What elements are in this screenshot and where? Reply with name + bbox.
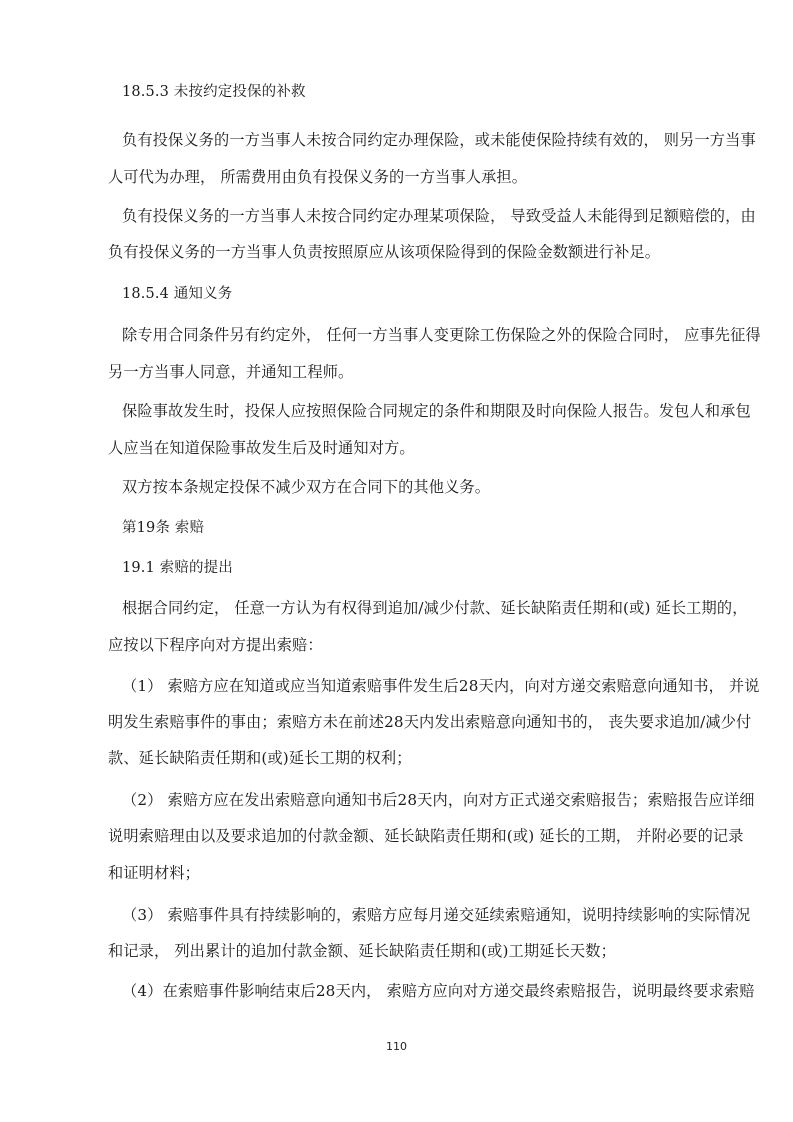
paragraph-line: 负有投保义务的一方当事人未按合同约定办理保险，或未能使保险持续有效的， 则另一方… xyxy=(122,130,718,150)
paragraph-line: 人应当在知道保险事故发生后及时通知对方。 xyxy=(108,438,415,458)
paragraph-line: 根据合同约定， 任意一方认为有权得到追加/减少付款、延长缺陷责任期和(或) 延长… xyxy=(122,598,718,618)
paragraph-line: 应按以下程序向对方提出索赔： xyxy=(108,635,323,655)
paragraph-line: 人可代为办理， 所需费用由负有投保义务的一方当事人承担。 xyxy=(108,167,527,187)
list-item-4-line: （4）在索赔事件影响结束后28天内， 索赔方应向对方递交最终索赔报告，说明最终要… xyxy=(122,981,718,1001)
list-item-1-line: 款、延长缺陷责任期和(或)延长工期的权利； xyxy=(108,748,412,768)
list-item-2-line: 说明索赔理由以及要求追加的付款金额、延长缺陷责任期和(或) 延长的工期， 并附必… xyxy=(108,826,718,846)
list-item-2-line: 和证明材料； xyxy=(108,863,200,883)
list-item-3-line: 和记录， 列出累计的追加付款金额、延长缺陷责任期和(或)工期延长天数； xyxy=(108,941,616,961)
section-heading-18-5-3: 18.5.3 未按约定投保的补救 xyxy=(122,82,306,102)
paragraph-line: 双方按本条规定投保不减少双方在合同下的其他义务。 xyxy=(122,477,490,497)
paragraph-line: 保险事故发生时，投保人应按照保险合同规定的条件和期限及时向保险人报告。发包人和承… xyxy=(122,401,718,421)
list-item-1-line: （1） 索赔方应在知道或应当知道索赔事件发生后28天内，向对方递交索赔意向通知书… xyxy=(122,676,718,696)
section-heading-18-5-4: 18.5.4 通知义务 xyxy=(122,284,232,304)
page-number: 110 xyxy=(0,1040,793,1053)
list-item-2-line: （2） 索赔方应在发出索赔意向通知书后28天内，向对方正式递交索赔报告；索赔报告… xyxy=(122,790,718,810)
article-heading-19: 第19条 索赔 xyxy=(122,518,204,538)
list-item-3-line: （3） 索赔事件具有持续影响的，索赔方应每月递交延续索赔通知，说明持续影响的实际… xyxy=(122,905,718,925)
paragraph-line: 除专用合同条件另有约定外， 任何一方当事人变更除工伤保险之外的保险合同时， 应事… xyxy=(122,325,718,345)
paragraph-line: 负有投保义务的一方当事人未按合同约定办理某项保险， 导致受益人未能得到足额赔偿的… xyxy=(122,206,718,226)
paragraph-line: 另一方当事人同意，并通知工程师。 xyxy=(108,362,353,382)
list-item-1-line: 明发生索赔事件的事由；索赔方未在前述28天内发出索赔意向通知书的， 丧失要求追加… xyxy=(108,712,718,732)
section-heading-19-1: 19.1 索赔的提出 xyxy=(122,558,233,578)
paragraph-line: 负有投保义务的一方当事人负责按照原应从该项保险得到的保险金数额进行补足。 xyxy=(108,242,660,262)
